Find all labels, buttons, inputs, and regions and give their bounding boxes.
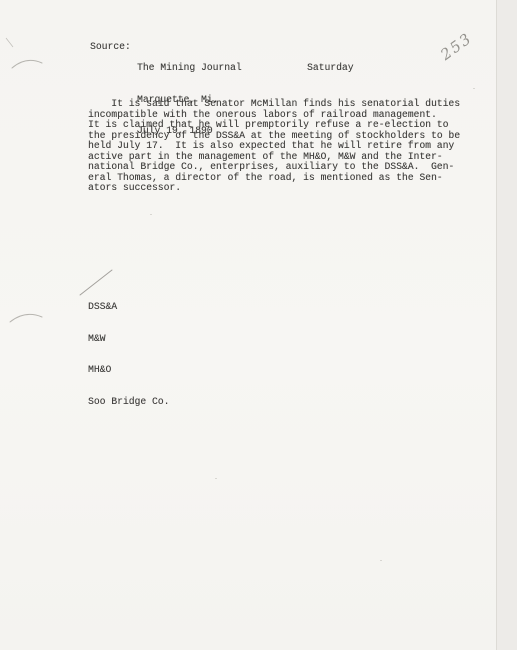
paper-speck [380,560,382,561]
scanned-document-page: 253 Source: The Mining Journal Marquette… [0,0,517,650]
source-label: Source: [90,42,131,53]
pencil-arc-upper [12,60,42,68]
notation-list: DSS&A M&W MH&O Soo Bridge Co. [88,281,169,428]
article-body: It is said that Senator McMillan finds h… [88,99,460,194]
pencil-arc-middle [10,314,42,322]
paper-speck [473,88,475,89]
notation-item: M&W [88,334,169,344]
notation-item: Soo Bridge Co. [88,397,169,407]
notation-item: MH&O [88,365,169,375]
paper-speck [150,214,152,215]
handwritten-page-number: 253 [437,22,485,64]
day-of-week: Saturday [307,63,354,74]
paper-speck [215,478,217,479]
publication-name: The Mining Journal [137,63,242,73]
notation-item: DSS&A [88,302,169,312]
scan-edge-strip [496,0,517,650]
pencil-tick-top-left [6,38,13,47]
